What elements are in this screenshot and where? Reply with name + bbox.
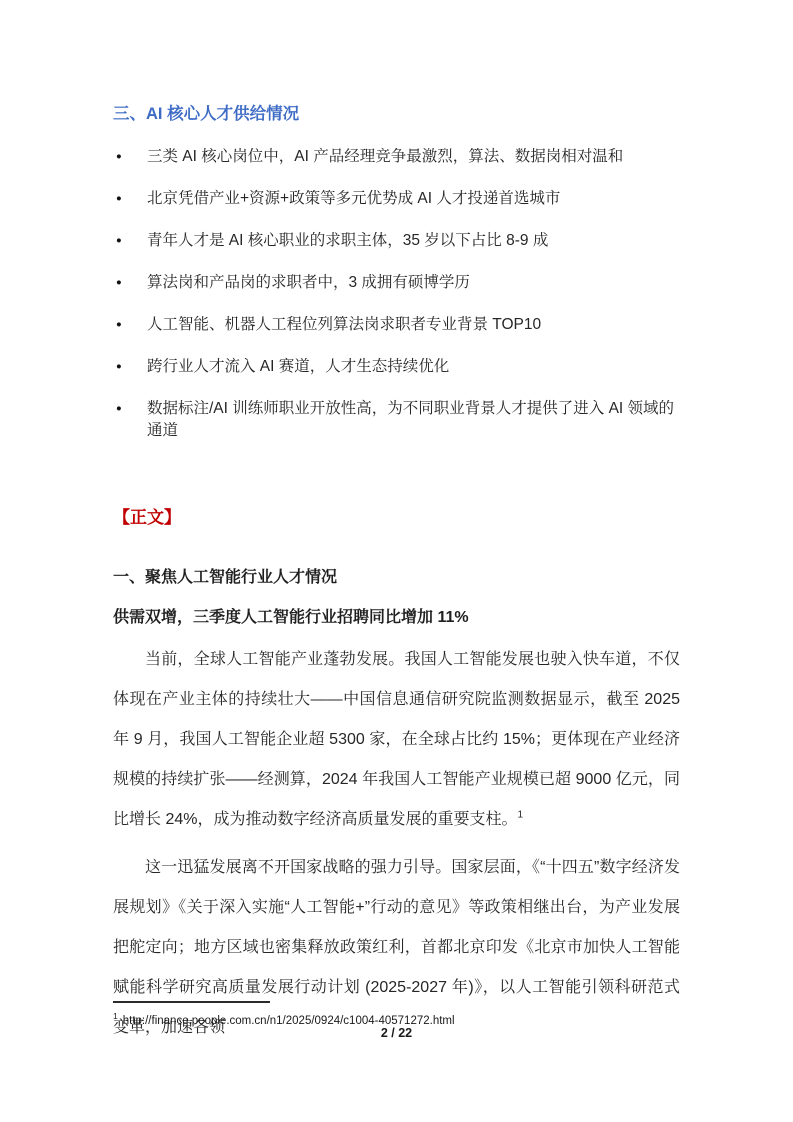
footnote-reference: 1: [517, 810, 523, 821]
document-page: 三、AI 核心人才供给情况 ● 三类 AI 核心岗位中，AI 产品经理竞争最激烈…: [0, 0, 793, 1122]
bullet-text: 跨行业人才流入 AI 赛道，人才生态持续优化: [147, 356, 680, 378]
bullet-item: ● 跨行业人才流入 AI 赛道，人才生态持续优化: [113, 356, 680, 378]
body-section-marker: 【正文】: [113, 506, 680, 530]
bullet-dot-icon: ●: [113, 146, 147, 168]
bullet-item: ● 北京凭借产业+资源+政策等多元优势成 AI 人才投递首选城市: [113, 188, 680, 210]
chapter-subheading: 供需双增，三季度人工智能行业招聘同比增加 11%: [113, 607, 680, 629]
summary-bullet-list: ● 三类 AI 核心岗位中，AI 产品经理竞争最激烈，算法、数据岗相对温和 ● …: [113, 146, 680, 442]
bullet-item: ● 人工智能、机器人工程位列算法岗求职者专业背景 TOP10: [113, 314, 680, 336]
chapter-heading: 一、聚焦人工智能行业人才情况: [113, 567, 680, 589]
bullet-dot-icon: ●: [113, 230, 147, 252]
body-paragraph-1: 当前，全球人工智能产业蓬勃发展。我国人工智能发展也驶入快车道，不仅体现在产业主体…: [113, 640, 680, 840]
bullet-text: 北京凭借产业+资源+政策等多元优势成 AI 人才投递首选城市: [147, 188, 680, 210]
summary-section-heading: 三、AI 核心人才供给情况: [113, 0, 680, 125]
bullet-item: ● 算法岗和产品岗的求职者中，3 成拥有硕博学历: [113, 272, 680, 294]
page-content: 三、AI 核心人才供给情况 ● 三类 AI 核心岗位中，AI 产品经理竞争最激烈…: [0, 0, 793, 1048]
bullet-dot-icon: ●: [113, 272, 147, 294]
page-number: 2 / 22: [0, 1026, 793, 1040]
footnote-marker: 1: [113, 1011, 118, 1021]
bullet-text: 人工智能、机器人工程位列算法岗求职者专业背景 TOP10: [147, 314, 680, 336]
bullet-dot-icon: ●: [113, 314, 147, 336]
bullet-dot-icon: ●: [113, 398, 147, 420]
bullet-text: 数据标注/AI 训练师职业开放性高，为不同职业背景人才提供了进入 AI 领域的通…: [147, 398, 680, 442]
footnote-separator: [113, 1001, 270, 1003]
bullet-text: 青年人才是 AI 核心职业的求职主体，35 岁以下占比 8-9 成: [147, 230, 680, 252]
bullet-dot-icon: ●: [113, 356, 147, 378]
bullet-text: 算法岗和产品岗的求职者中，3 成拥有硕博学历: [147, 272, 680, 294]
bullet-text: 三类 AI 核心岗位中，AI 产品经理竞争最激烈，算法、数据岗相对温和: [147, 146, 680, 168]
bullet-item: ● 青年人才是 AI 核心职业的求职主体，35 岁以下占比 8-9 成: [113, 230, 680, 252]
bullet-item: ● 数据标注/AI 训练师职业开放性高，为不同职业背景人才提供了进入 AI 领域…: [113, 398, 680, 442]
paragraph-1-text: 当前，全球人工智能产业蓬勃发展。我国人工智能发展也驶入快车道，不仅体现在产业主体…: [113, 651, 680, 828]
bullet-dot-icon: ●: [113, 188, 147, 210]
bullet-item: ● 三类 AI 核心岗位中，AI 产品经理竞争最激烈，算法、数据岗相对温和: [113, 146, 680, 168]
